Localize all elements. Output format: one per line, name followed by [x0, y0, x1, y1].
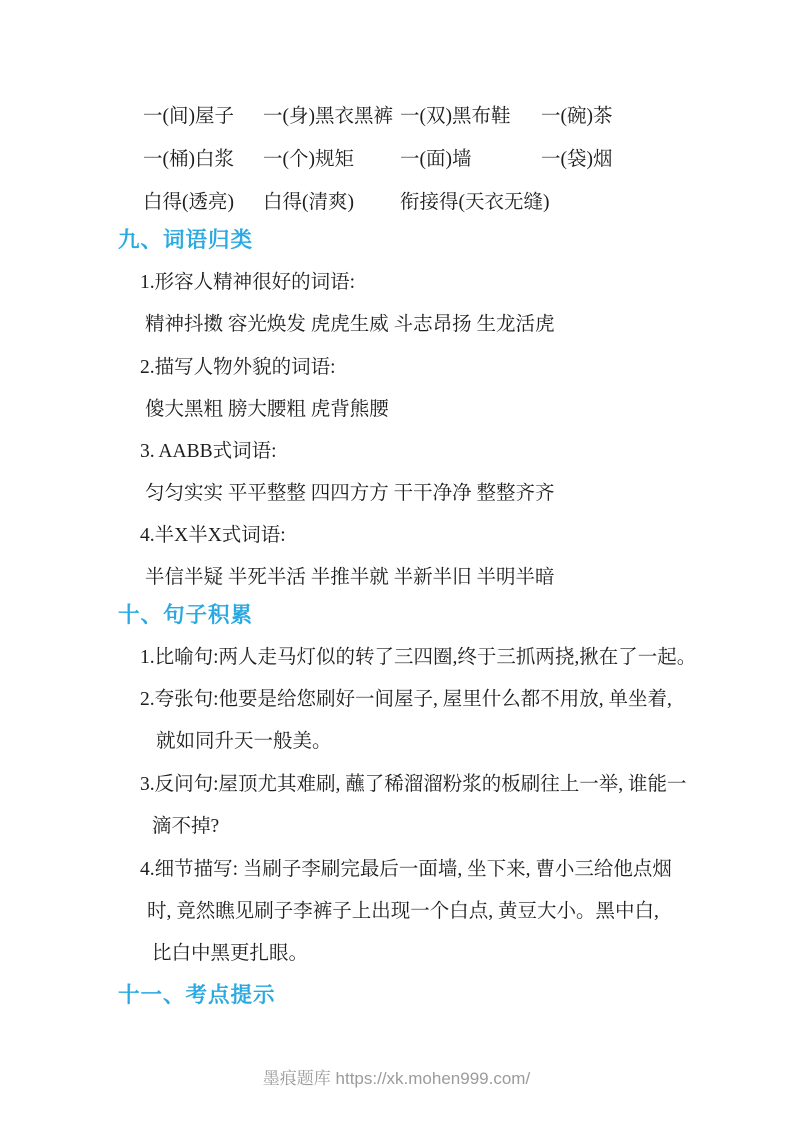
- sentence-line: 就如同升天一般美。: [156, 720, 332, 763]
- word-class-item-words: 匀匀实实 平平整整 四四方方 干干净净 整整齐齐: [145, 472, 555, 515]
- footer-watermark-text: 墨痕题库 https://xk.mohen999.com/: [263, 1069, 530, 1088]
- sentence-line: 3.反问句:屋顶尤其难刷, 蘸了稀溜溜粉浆的板刷往上一举, 谁能一: [140, 763, 687, 806]
- word-class-item-words: 精神抖擞 容光焕发 虎虎生威 斗志昂扬 生龙活虎: [145, 303, 555, 346]
- quantifier-item: 一(面)墙: [400, 138, 541, 181]
- word-class-item-label: 4.半X半X式词语:: [140, 514, 286, 557]
- word-class-item-label: 3. AABB式词语:: [140, 430, 277, 473]
- quantifier-item: 一(碗)茶: [541, 95, 613, 138]
- word-class-item-label: 1.形容人精神很好的词语:: [140, 261, 355, 304]
- sentence-line: 2.夸张句:他要是给您刷好一间屋子, 屋里什么都不用放, 单坐着,: [140, 678, 672, 721]
- document-page: 一(间)屋子 一(身)黑衣黑裤 一(双)黑布鞋 一(碗)茶 一(桶)白浆 一(个…: [0, 0, 793, 1122]
- quantifier-item: 一(桶)白浆: [143, 138, 263, 181]
- sentence-line: 滴不掉?: [152, 805, 219, 848]
- section-title-sentence-accumulation: 十、句子积累: [118, 594, 253, 637]
- quantifier-item: 白得(透亮): [143, 181, 263, 224]
- quantifier-item: 衔接得(天衣无缝): [400, 181, 613, 224]
- quantifier-item: 一(袋)烟: [541, 138, 613, 181]
- quantifier-item: 一(间)屋子: [143, 95, 263, 138]
- quantifier-item: 一(个)规矩: [263, 138, 400, 181]
- sentence-line: 时, 竟然瞧见刷子李裤子上出现一个白点, 黄豆大小。黑中白,: [147, 890, 659, 933]
- sentence-line: 比白中黑更扎眼。: [152, 932, 308, 975]
- word-class-item-label: 2.描写人物外貌的词语:: [140, 346, 336, 389]
- section-title-exam-tips: 十一、考点提示: [118, 974, 276, 1017]
- word-class-item-words: 傻大黑粗 膀大腰粗 虎背熊腰: [145, 388, 389, 431]
- quantifier-item: 一(身)黑衣黑裤: [263, 95, 400, 138]
- footer-watermark: 墨痕题库 https://xk.mohen999.com/: [0, 1064, 793, 1094]
- section-title-word-classification: 九、词语归类: [118, 219, 253, 262]
- sentence-line: 1.比喻句:两人走马灯似的转了三四圈,终于三抓两挠,揪在了一起。: [140, 636, 696, 679]
- word-class-item-words: 半信半疑 半死半活 半推半就 半新半旧 半明半暗: [145, 556, 555, 599]
- quantifier-table: 一(间)屋子 一(身)黑衣黑裤 一(双)黑布鞋 一(碗)茶 一(桶)白浆 一(个…: [143, 95, 613, 224]
- quantifier-item: 一(双)黑布鞋: [400, 95, 541, 138]
- sentence-line: 4.细节描写: 当刷子李刷完最后一面墙, 坐下来, 曹小三给他点烟: [140, 848, 672, 891]
- quantifier-item: 白得(清爽): [263, 181, 400, 224]
